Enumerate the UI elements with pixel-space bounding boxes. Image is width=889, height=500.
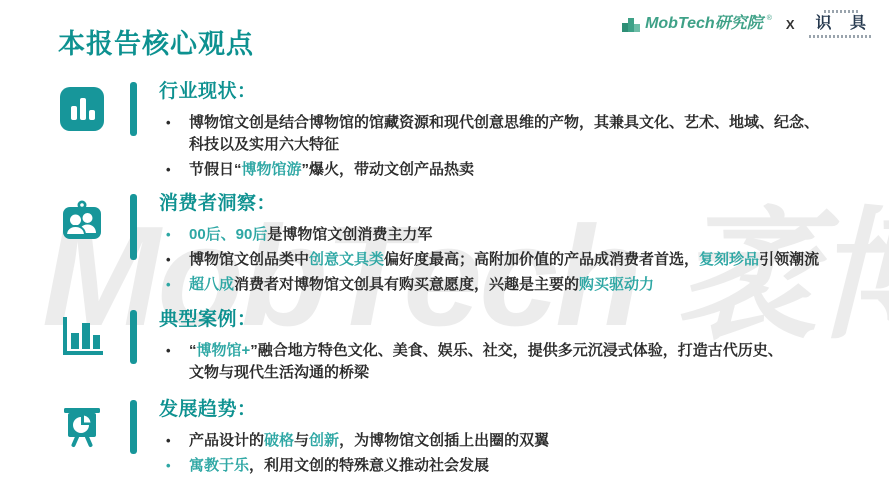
shiju-wordmark: 识 具 xyxy=(816,15,873,33)
section-heading: 行业现状： xyxy=(159,76,875,103)
body-text: ，为博物馆文创插上出圈的双翼 xyxy=(339,432,549,449)
bullet-marker: • xyxy=(166,224,171,246)
bullet-item: •超八成消费者对博物馆文创具有购买意愿度，兴趣是主要的购买驱动力 xyxy=(159,274,875,296)
section-divider-bar xyxy=(130,310,137,364)
shiju-tagline-bottom xyxy=(809,35,873,38)
section-industry-status: 行业现状：•博物馆文创是结合博物馆的馆藏资源和现代创意思维的产物，其兼具文化、艺… xyxy=(58,76,875,184)
body-text: 消费者对博物馆文创具有购买意愿度，兴趣是主要的 xyxy=(234,276,579,293)
section-consumer-insight: 消费者洞察：•00后、90后是博物馆文创消费主力军•博物馆文创品类中创意文具类偏… xyxy=(58,188,875,299)
highlighted-text: 寓教于乐 xyxy=(189,457,249,474)
registered-mark: ® xyxy=(767,15,772,22)
case-bar-chart-icon xyxy=(58,313,106,361)
highlighted-text: 00后、90后 xyxy=(189,226,267,243)
body-text: ”爆火，带动文创产品热卖 xyxy=(302,161,475,178)
bullet-marker: • xyxy=(166,340,171,362)
bullet-item: •博物馆文创品类中创意文具类偏好度最高；高附加价值的产品成消费者首选，复刻珍品引… xyxy=(159,249,875,271)
mobtech-building-icon xyxy=(621,14,641,34)
section-development-trends: 发展趋势：•产品设计的破格与创新，为博物馆文创插上出圈的双翼•寓教于乐，利用文创… xyxy=(58,394,875,480)
bullet-item: •“博物馆+”融合地方特色文化、美食、娱乐、社交，提供多元沉浸式体验，打造古代历… xyxy=(159,340,875,384)
bullet-marker: • xyxy=(166,159,171,181)
body-text: 博物馆文创是结合博物馆的馆藏资源和现代创意思维的产物，其兼具文化、艺术、地域、纪… xyxy=(189,114,819,131)
section-divider-bar xyxy=(130,82,137,136)
body-text: 节假日“ xyxy=(189,161,242,178)
body-text: 博物馆文创品类中 xyxy=(189,251,309,268)
section-divider-bar xyxy=(130,400,137,454)
bullet-item: •博物馆文创是结合博物馆的馆藏资源和现代创意思维的产物，其兼具文化、艺术、地域、… xyxy=(159,112,875,156)
shiju-logo: 识 具 xyxy=(809,10,873,38)
section-content: 消费者洞察：•00后、90后是博物馆文创消费主力军•博物馆文创品类中创意文具类偏… xyxy=(159,188,875,299)
body-text: 是博物馆文创消费主力军 xyxy=(267,226,432,243)
page-title: 本报告核心观点 xyxy=(58,22,254,61)
sections: 行业现状：•博物馆文创是结合博物馆的馆藏资源和现代创意思维的产物，其兼具文化、艺… xyxy=(0,0,889,500)
body-text: 与 xyxy=(294,432,309,449)
mobtech-wordmark: MobTech研究院 xyxy=(645,14,763,34)
mobtech-logo: MobTech研究院 ® xyxy=(621,14,772,34)
body-text: “ xyxy=(189,342,197,359)
brand-separator: X xyxy=(786,17,795,32)
trend-presentation-icon xyxy=(58,403,106,451)
section-divider-bar xyxy=(130,194,137,260)
body-text: 产品设计的 xyxy=(189,432,264,449)
bullet-marker: • xyxy=(166,112,171,134)
bullet-marker: • xyxy=(166,430,171,452)
body-text: 科技以及实用六大特征 xyxy=(189,136,339,153)
section-heading: 发展趋势： xyxy=(159,394,875,421)
body-text: 偏好度最高；高附加价值的产品成消费者首选， xyxy=(384,251,699,268)
bullet-item: •节假日“博物馆游”爆火，带动文创产品热卖 xyxy=(159,159,875,181)
section-content: 行业现状：•博物馆文创是结合博物馆的馆藏资源和现代创意思维的产物，其兼具文化、艺… xyxy=(159,76,875,184)
body-text: ，利用文创的特殊意义推动社会发展 xyxy=(249,457,489,474)
body-text: 文物与现代生活沟通的桥梁 xyxy=(189,364,369,381)
body-text: ”融合地方特色文化、美食、娱乐、社交，提供多元沉浸式体验，打造古代历史、 xyxy=(250,342,783,359)
highlighted-text: 超八成 xyxy=(189,276,234,293)
consumer-people-icon xyxy=(58,197,106,245)
highlighted-text: 购买驱动力 xyxy=(579,276,654,293)
section-heading: 消费者洞察： xyxy=(159,188,875,215)
report-slide: MobTech 袤博 本报告核心观点 MobTech研究院 ® X 识 具 行业… xyxy=(0,0,889,500)
bullet-item: •00后、90后是博物馆文创消费主力军 xyxy=(159,224,875,246)
section-content: 典型案例：•“博物馆+”融合地方特色文化、美食、娱乐、社交，提供多元沉浸式体验，… xyxy=(159,304,875,387)
section-content: 发展趋势：•产品设计的破格与创新，为博物馆文创插上出圈的双翼•寓教于乐，利用文创… xyxy=(159,394,875,480)
bullet-marker: • xyxy=(166,249,171,271)
industry-bar-chart-icon xyxy=(58,85,106,133)
highlighted-text: 博物馆+ xyxy=(197,342,251,359)
bullet-item: •寓教于乐，利用文创的特殊意义推动社会发展 xyxy=(159,455,875,477)
bullet-item: •产品设计的破格与创新，为博物馆文创插上出圈的双翼 xyxy=(159,430,875,452)
section-heading: 典型案例： xyxy=(159,304,875,331)
brand-bar: MobTech研究院 ® X 识 具 xyxy=(621,10,873,38)
bullet-marker: • xyxy=(166,274,171,296)
highlighted-text: 创新 xyxy=(309,432,339,449)
shiju-tagline-top xyxy=(824,10,858,13)
highlighted-text: 破格 xyxy=(264,432,294,449)
section-typical-cases: 典型案例：•“博物馆+”融合地方特色文化、美食、娱乐、社交，提供多元沉浸式体验，… xyxy=(58,304,875,387)
bullet-marker: • xyxy=(166,455,171,477)
highlighted-text: 创意文具类 xyxy=(309,251,384,268)
highlighted-text: 复刻珍品 xyxy=(699,251,759,268)
highlighted-text: 博物馆游 xyxy=(242,161,302,178)
body-text: 引领潮流 xyxy=(759,251,819,268)
